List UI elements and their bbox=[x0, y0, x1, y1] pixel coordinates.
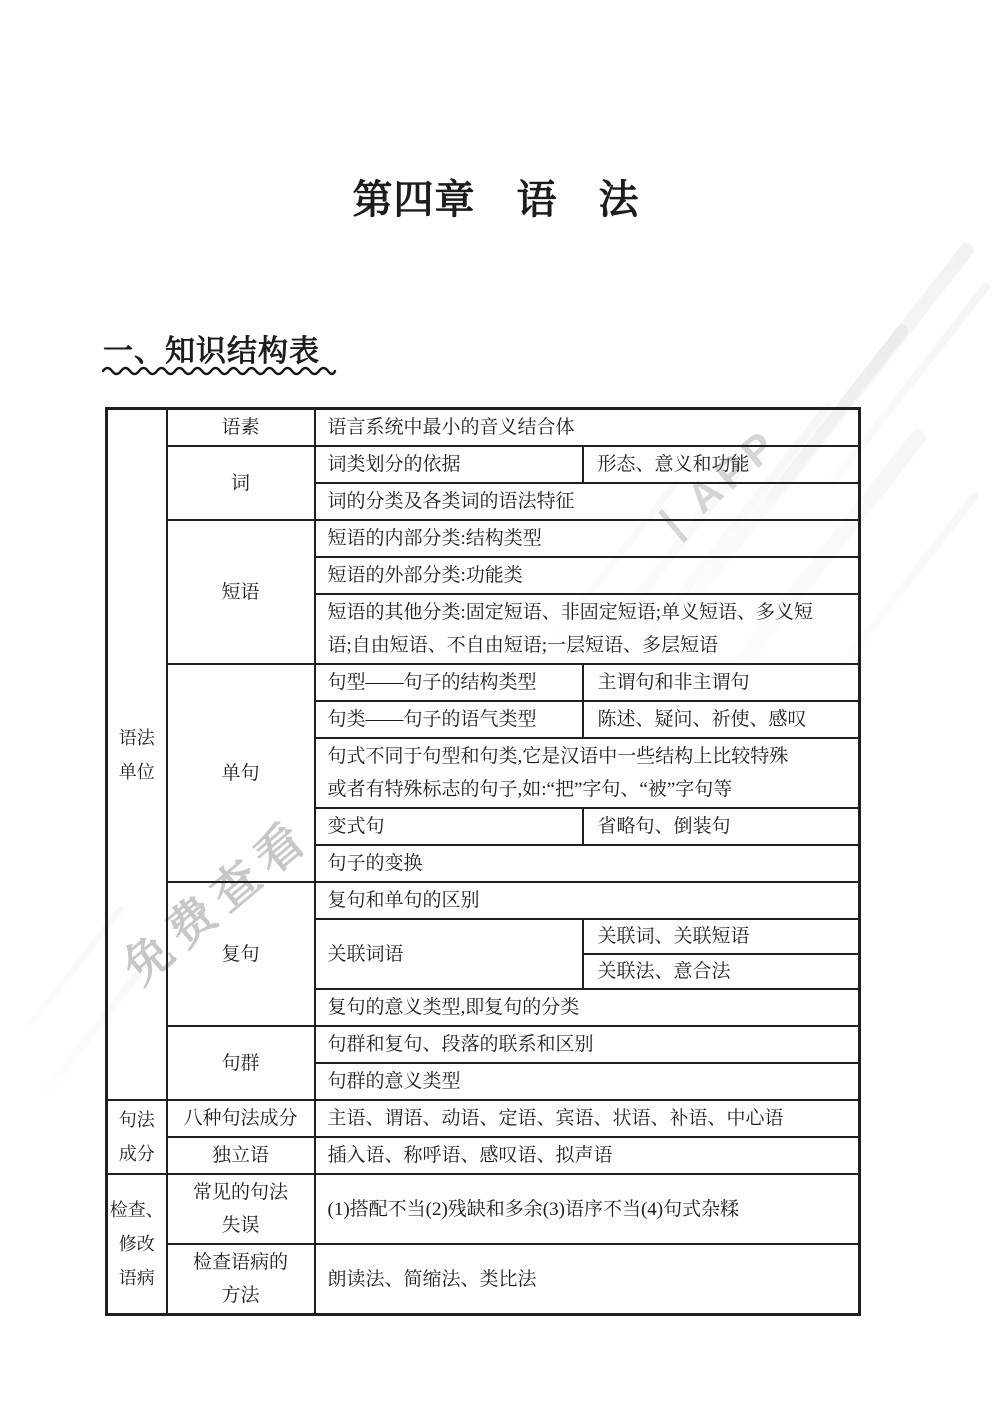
category-label-cell: 词 bbox=[167, 446, 315, 520]
group-label-cell: 句法 成分 bbox=[107, 1100, 167, 1174]
content-right-cell: 形态、意义和功能 bbox=[583, 446, 860, 483]
content-right-cell: 关联法、意合法 bbox=[583, 954, 860, 989]
content-cell: 插入语、称呼语、感叹语、拟声语 bbox=[315, 1137, 860, 1174]
content-left-cell: 变式句 bbox=[315, 808, 583, 845]
content-right-cell: 省略句、倒装句 bbox=[583, 808, 860, 845]
table-row: 句法 成分 八种句法成分 主语、谓语、动语、定语、宾语、状语、补语、中心语 bbox=[107, 1100, 860, 1137]
content-cell: 句式不同于句型和句类,它是汉语中一些结构上比较特殊 或者有特殊标志的句子,如:“… bbox=[315, 738, 860, 808]
table-row: 独立语 插入语、称呼语、感叹语、拟声语 bbox=[107, 1137, 860, 1174]
table-row: 语法 单位 语素 语言系统中最小的音义结合体 bbox=[107, 409, 860, 447]
content-right-cell: 主谓句和非主谓句 bbox=[583, 664, 860, 701]
table-row: 短语 短语的内部分类:结构类型 bbox=[107, 520, 860, 557]
category-label-cell: 短语 bbox=[167, 520, 315, 664]
category-label-cell: 句群 bbox=[167, 1026, 315, 1100]
content-cell: 主语、谓语、动语、定语、宾语、状语、补语、中心语 bbox=[315, 1100, 860, 1137]
wavy-underline bbox=[101, 364, 337, 376]
content-cell: 句群和复句、段落的联系和区别 bbox=[315, 1026, 860, 1063]
content-cell: 词的分类及各类词的语法特征 bbox=[315, 483, 860, 520]
group-label-cell: 检查、 修改 语病 bbox=[107, 1174, 167, 1315]
category-label-cell: 语素 bbox=[167, 409, 315, 447]
category-label-cell: 单句 bbox=[167, 664, 315, 882]
content-cell: 短语的其他分类:固定短语、非固定短语;单义短语、多义短 语;自由短语、不自由短语… bbox=[315, 594, 860, 664]
content-left-cell: 句型——句子的结构类型 bbox=[315, 664, 583, 701]
table-row: 检查、 修改 语病 常见的句法 失误 (1)搭配不当(2)残缺和多余(3)语序不… bbox=[107, 1174, 860, 1244]
knowledge-structure-table: 语法 单位 语素 语言系统中最小的音义结合体 词 词类划分的依据 形态、意义和功… bbox=[105, 407, 861, 1316]
chapter-title: 第四章 语 法 bbox=[0, 168, 992, 225]
content-cell: 短语的内部分类:结构类型 bbox=[315, 520, 860, 557]
group-label-cell: 语法 单位 bbox=[107, 409, 167, 1101]
content-cell: 短语的外部分类:功能类 bbox=[315, 557, 860, 594]
content-cell: (1)搭配不当(2)残缺和多余(3)语序不当(4)句式杂糅 bbox=[315, 1174, 860, 1244]
category-label-cell: 八种句法成分 bbox=[167, 1100, 315, 1137]
content-cell: 句群的意义类型 bbox=[315, 1063, 860, 1100]
content-right-cell: 陈述、疑问、祈使、感叹 bbox=[583, 701, 860, 738]
content-left-cell: 词类划分的依据 bbox=[315, 446, 583, 483]
content-cell: 复句的意义类型,即复句的分类 bbox=[315, 989, 860, 1026]
content-cell: 复句和单句的区别 bbox=[315, 882, 860, 919]
table-row: 句群 句群和复句、段落的联系和区别 bbox=[107, 1026, 860, 1063]
table-row: 检查语病的 方法 朗读法、简缩法、类比法 bbox=[107, 1244, 860, 1315]
content-right-cell: 关联词、关联短语 bbox=[583, 919, 860, 954]
table-row: 词 词类划分的依据 形态、意义和功能 bbox=[107, 446, 860, 483]
content-cell: 句子的变换 bbox=[315, 845, 860, 882]
content-cell: 语言系统中最小的音义结合体 bbox=[315, 409, 860, 447]
scanned-page: 免费查看| APP 第四章 语 法 一、知识结构表 语法 单位 语素 语言系统中… bbox=[0, 0, 992, 1403]
category-label-cell: 检查语病的 方法 bbox=[167, 1244, 315, 1315]
category-label-cell: 复句 bbox=[167, 882, 315, 1026]
table-row: 复句 复句和单句的区别 bbox=[107, 882, 860, 919]
category-label-cell: 常见的句法 失误 bbox=[167, 1174, 315, 1244]
content-cell: 朗读法、简缩法、类比法 bbox=[315, 1244, 860, 1315]
content-left-cell: 句类——句子的语气类型 bbox=[315, 701, 583, 738]
table-row: 单句 句型——句子的结构类型 主谓句和非主谓句 bbox=[107, 664, 860, 701]
category-label-cell: 独立语 bbox=[167, 1137, 315, 1174]
content-left-cell: 关联词语 bbox=[315, 919, 583, 989]
